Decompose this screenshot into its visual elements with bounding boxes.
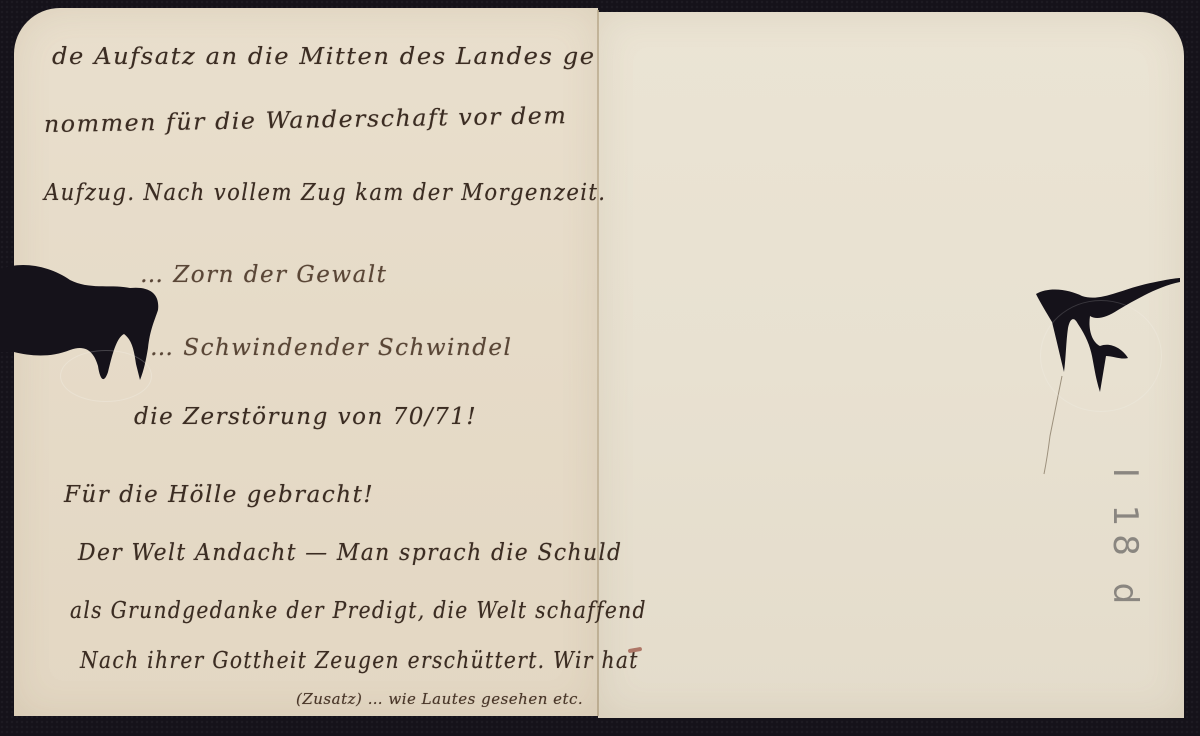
handwriting-line-10: Nach ihrer Gottheit Zeugen erschüttert. … [80, 648, 639, 674]
handwriting-line-1: de Aufsatz an die Mitten des Landes ge [52, 44, 596, 70]
handwriting-line-11: (Zusatz) … wie Lautes gesehen etc. [296, 690, 583, 708]
handwriting-line-6: die Zerstörung von 70/71! [134, 404, 477, 430]
paper-crease [60, 350, 152, 402]
handwriting-line-9: als Grundgedanke der Predigt, die Welt s… [70, 598, 647, 624]
handwriting-line-7: Für die Hölle gebracht! [64, 482, 374, 508]
handwriting-line-5: … Schwindender Schwindel [150, 335, 512, 361]
paper-crease-right [1040, 300, 1162, 412]
handwriting-line-8: Der Welt Andacht — Man sprach die Schuld [78, 540, 622, 566]
handwriting-line-3: Aufzug. Nach vollem Zug kam der Morgenze… [44, 180, 606, 206]
archive-shelfmark: I 18 d [1105, 465, 1145, 615]
handwriting-line-4: … Zorn der Gewalt [140, 262, 387, 288]
